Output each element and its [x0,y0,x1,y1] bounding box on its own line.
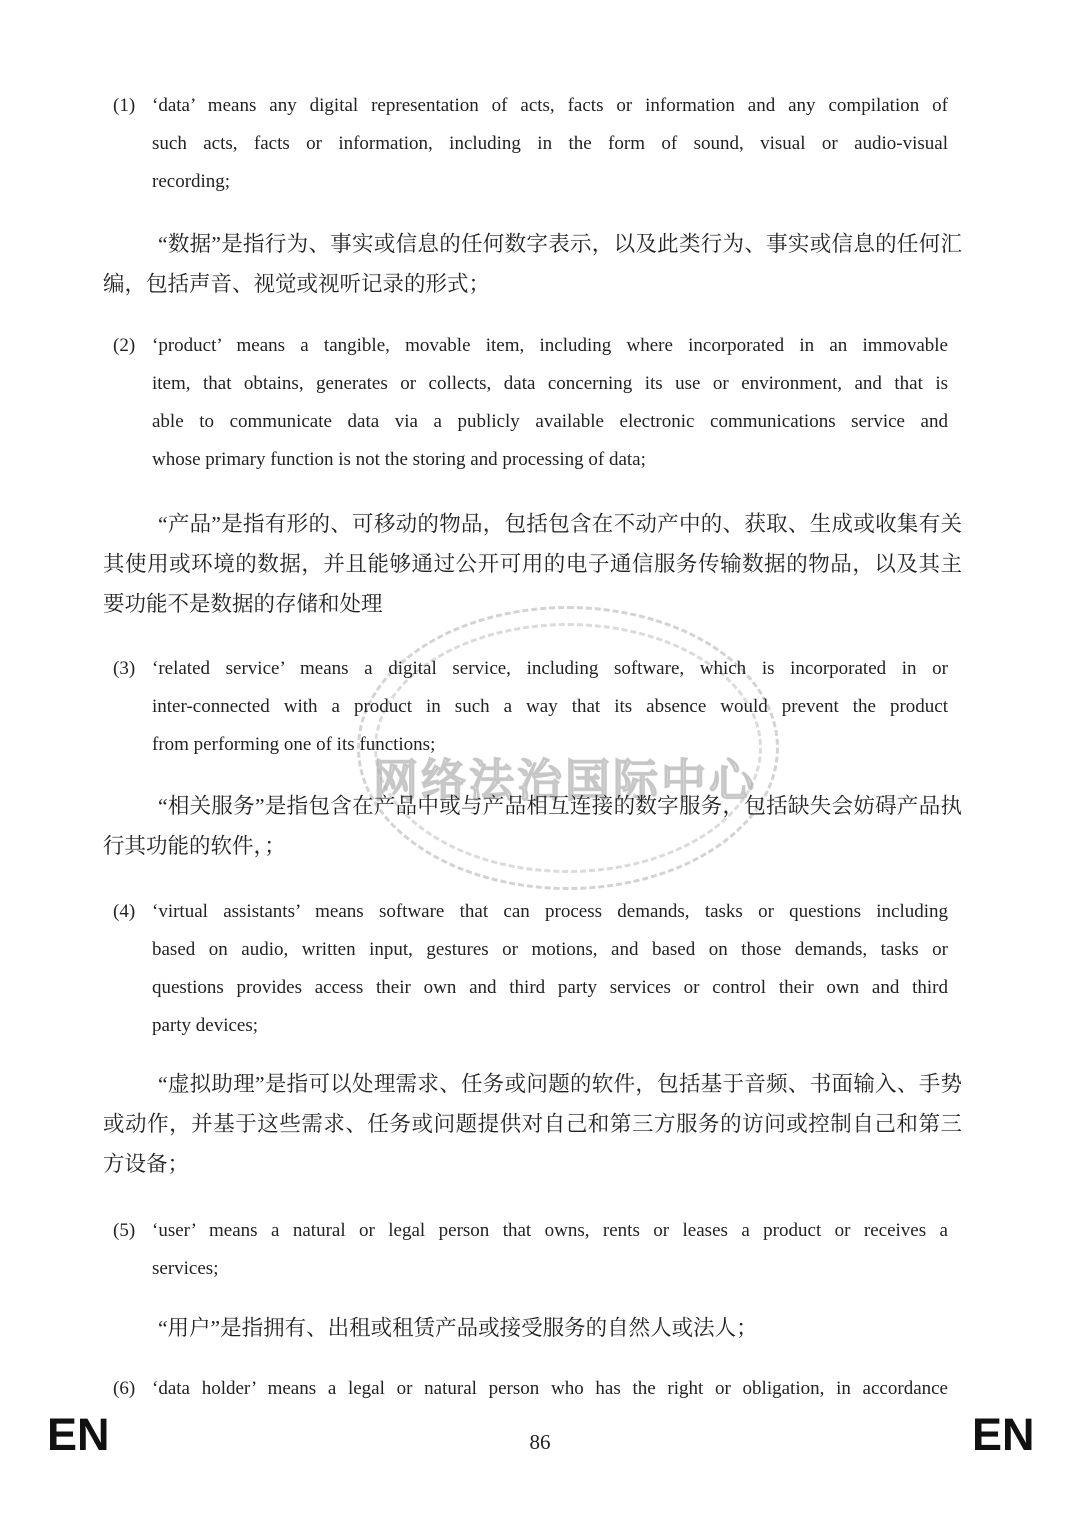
text-line: based on audio, written input, gestures … [152,931,948,969]
text-line: questions provides access their own and … [152,969,948,1007]
definition-en-6: (6) ‘data holder’ means a legal or natur… [152,1370,948,1408]
text-line: whose primary function is not the storin… [152,441,948,479]
definition-en-3: (3) ‘related service’ means a digital se… [152,650,948,764]
text-line: such acts, facts or information, includi… [152,125,948,163]
text-line: “相关服务”是指包含在产品中或与产品相互连接的数字服务，包括缺失会妨碍产品执 [103,786,962,826]
definition-en-4: (4) ‘virtual assistants’ means software … [152,893,948,1045]
text-line: 行其功能的软件，； [103,826,962,866]
definition-zh-3: “相关服务”是指包含在产品中或与产品相互连接的数字服务，包括缺失会妨碍产品执 行… [103,786,962,866]
text-line: “虚拟助理”是指可以处理需求、任务或问题的软件，包括基于音频、书面输入、手势 [103,1064,962,1104]
definition-en-5: (5) ‘user’ means a natural or legal pers… [152,1212,948,1288]
text-line: ‘virtual assistants’ means software that… [152,893,948,931]
item-number: (3) [113,650,135,688]
text-line: from performing one of its functions; [152,726,948,764]
item-number: (4) [113,893,135,931]
definition-zh-4: “虚拟助理”是指可以处理需求、任务或问题的软件，包括基于音频、书面输入、手势 或… [103,1064,962,1184]
definition-zh-1: “数据”是指行为、事实或信息的任何数字表示，以及此类行为、事实或信息的任何汇 编… [103,224,962,304]
text-line: inter-connected with a product in such a… [152,688,948,726]
text-line: 方设备； [103,1144,962,1184]
page-number: 86 [0,1430,1080,1455]
text-line: ‘data holder’ means a legal or natural p… [152,1370,948,1408]
document-page: 网络法治国际中心 (1) ‘data’ means any digital re… [0,0,1080,1526]
text-line: “产品”是指有形的、可移动的物品，包括包含在不动产中的、获取、生成或收集有关 [103,504,962,544]
text-line: able to communicate data via a publicly … [152,403,948,441]
text-line: ‘product’ means a tangible, movable item… [152,327,948,365]
text-line: “用户”是指拥有、出租或租赁产品或接受服务的自然人或法人； [103,1308,962,1348]
text-line: 其使用或环境的数据，并且能够通过公开可用的电子通信服务传输数据的物品，以及其主 [103,544,962,584]
text-line: ‘data’ means any digital representation … [152,87,948,125]
definition-zh-2: “产品”是指有形的、可移动的物品，包括包含在不动产中的、获取、生成或收集有关 其… [103,504,962,624]
item-number: (6) [113,1370,135,1408]
text-line: 或动作，并基于这些需求、任务或问题提供对自己和第三方服务的访问或控制自己和第三 [103,1104,962,1144]
definition-zh-5: “用户”是指拥有、出租或租赁产品或接受服务的自然人或法人； [103,1308,962,1348]
definition-en-1: (1) ‘data’ means any digital representat… [152,87,948,201]
item-number: (5) [113,1212,135,1250]
footer-lang-right: EN [972,1412,1035,1457]
text-line: “数据”是指行为、事实或信息的任何数字表示，以及此类行为、事实或信息的任何汇 [103,224,962,264]
item-number: (1) [113,87,135,125]
definition-en-2: (2) ‘product’ means a tangible, movable … [152,327,948,479]
text-line: item, that obtains, generates or collect… [152,365,948,403]
text-line: party devices; [152,1007,948,1045]
text-line: services; [152,1250,948,1288]
text-line: ‘user’ means a natural or legal person t… [152,1212,948,1250]
text-line: 要功能不是数据的存储和处理 [103,584,962,624]
text-line: 编，包括声音、视觉或视听记录的形式； [103,264,962,304]
item-number: (2) [113,327,135,365]
text-line: ‘related service’ means a digital servic… [152,650,948,688]
text-line: recording; [152,163,948,201]
